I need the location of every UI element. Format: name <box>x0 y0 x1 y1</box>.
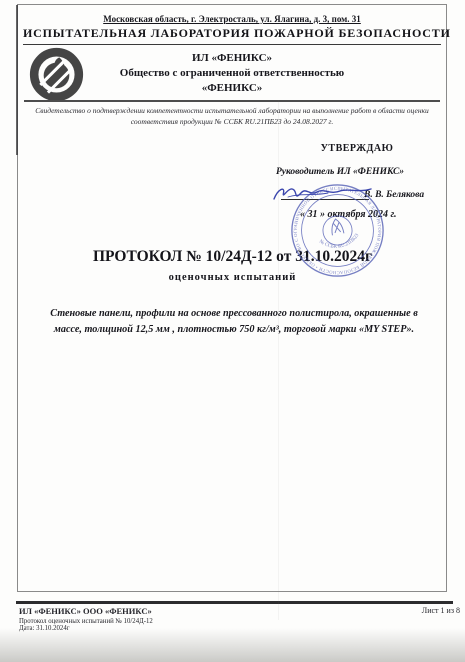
certificate-note-line1: Свидетельство о подтверждении компетентн… <box>35 106 429 115</box>
scan-bottom-shadow <box>0 628 465 662</box>
certificate-note: Свидетельство о подтверждении компетентн… <box>30 106 434 128</box>
org-name: «ФЕНИКС» <box>18 82 446 94</box>
approve-label: УТВЕРЖДАЮ <box>282 143 432 154</box>
scan-edge-artifact <box>16 5 18 155</box>
footer-rule <box>16 601 453 604</box>
document-page: Московская область, г. Электросталь, ул.… <box>0 0 465 662</box>
org-short-name: ИЛ «ФЕНИКС» <box>18 52 446 64</box>
lab-title: ИСПЫТАТЕЛЬНАЯ ЛАБОРАТОРИЯ ПОЖАРНОЙ БЕЗОП… <box>23 26 441 45</box>
certificate-note-line2: соответствия продукции № ССБК RU.21ПБ23 … <box>131 117 333 126</box>
organization-block: ИЛ «ФЕНИКС» Общество с ограниченной отве… <box>18 52 446 94</box>
protocol-subtitle: оценочных испытаний <box>18 272 447 283</box>
header-divider <box>24 100 440 102</box>
page-border-frame: Московская область, г. Электросталь, ул.… <box>17 4 447 592</box>
lab-address: Московская область, г. Электросталь, ул.… <box>26 14 438 24</box>
test-subject-description: Стеновые панели, профили на основе пресс… <box>40 306 428 338</box>
approver-role: Руководитель ИЛ «ФЕНИКС» <box>265 167 415 177</box>
fold-line-artifact <box>278 100 279 620</box>
signature-icon <box>270 181 378 207</box>
footer-org: ИЛ «ФЕНИКС» ООО «ФЕНИКС» <box>19 606 153 616</box>
footer-doc-ref: Протокол оценочных испытаний № 10/24Д-12 <box>19 618 153 625</box>
sheet-number: Лист 1 из 8 <box>422 606 460 615</box>
org-type: Общество с ограниченной ответственностью <box>18 67 446 79</box>
